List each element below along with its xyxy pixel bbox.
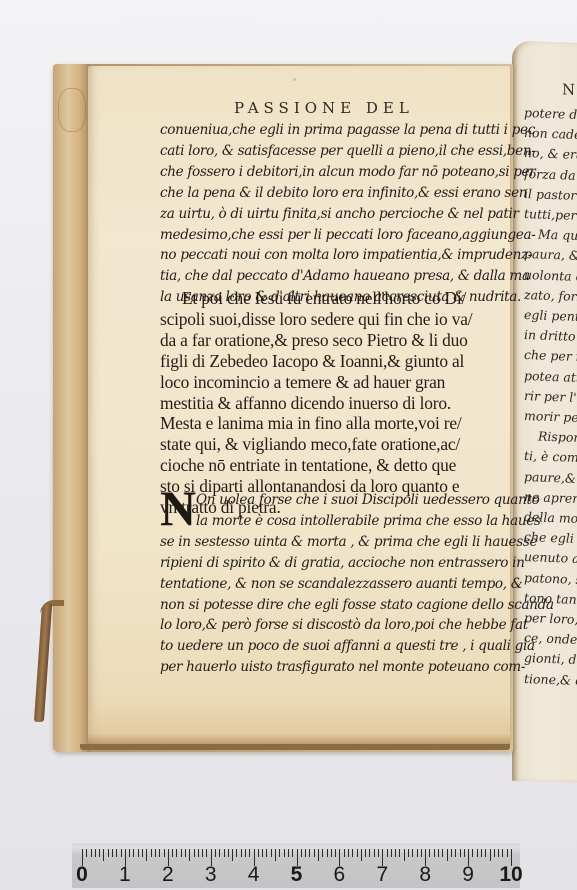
ruler-tick bbox=[133, 849, 134, 857]
ruler-label: 10 bbox=[499, 863, 522, 887]
ruler-tick bbox=[460, 849, 461, 857]
text-line: la morte è cosa intollerabile prima che … bbox=[160, 511, 480, 532]
ruler-tick bbox=[215, 849, 216, 857]
ruler-tick bbox=[258, 849, 259, 857]
ruler-tick bbox=[502, 849, 503, 857]
ruler-tick bbox=[279, 849, 280, 857]
ruler-tick bbox=[314, 849, 315, 857]
page-bottom-edge bbox=[80, 744, 510, 750]
ruler-tick bbox=[236, 849, 237, 857]
ruler-tick bbox=[395, 849, 396, 857]
recto-text-line: tione,& ogni ben bbox=[524, 669, 577, 692]
ruler-tick bbox=[245, 849, 246, 857]
ruler-label: 2 bbox=[162, 863, 174, 887]
ruler-tick bbox=[301, 849, 302, 857]
ruler-tick bbox=[387, 849, 388, 857]
ruler-tick bbox=[327, 849, 328, 857]
ruler-tick bbox=[91, 849, 92, 857]
text-line: Et poi che Iesu fu entrato nell'horto co… bbox=[160, 288, 480, 309]
ruler-tick bbox=[374, 849, 375, 857]
ruler-tick bbox=[108, 849, 109, 857]
ruler-tick bbox=[181, 849, 182, 857]
text-line: cati loro, & satisfacesse per quelli a p… bbox=[160, 141, 480, 162]
ruler-label: 4 bbox=[248, 863, 260, 887]
ruler-tick bbox=[275, 849, 276, 861]
ruler-tick bbox=[421, 849, 422, 857]
ruler-tick bbox=[116, 849, 117, 857]
ruler-tick bbox=[151, 849, 152, 857]
text-line: tia, che dal peccato d'Adamo haueano pre… bbox=[160, 266, 480, 287]
ruler-tick bbox=[442, 849, 443, 857]
paragraph-1: conueniua,che egli in prima pagasse la p… bbox=[160, 120, 480, 308]
recto-text-line: che per imitar bbox=[524, 345, 577, 368]
ruler-tick bbox=[481, 849, 482, 857]
ruler-tick bbox=[159, 849, 160, 857]
text-line: che fossero i debitori,in alcun modo far… bbox=[160, 162, 480, 183]
ruler-tick bbox=[352, 849, 353, 857]
ruler-tick bbox=[464, 849, 465, 857]
ruler-tick bbox=[172, 849, 173, 857]
ruler-tick bbox=[176, 849, 177, 857]
ruler-label: 0 bbox=[76, 863, 88, 887]
ruler-tick bbox=[391, 849, 392, 857]
recto-text-line: morir per lui s bbox=[524, 406, 577, 429]
recto-text-line: patono, sono piu bbox=[524, 568, 577, 591]
ruler-tick bbox=[292, 849, 293, 857]
ruler-tick bbox=[429, 849, 430, 857]
ruler-tick bbox=[357, 849, 358, 857]
ruler-tick bbox=[485, 849, 486, 857]
recto-text-line: uenuto a patire: bbox=[524, 547, 577, 570]
ruler-tick bbox=[232, 849, 233, 861]
ruler-tick bbox=[348, 849, 349, 857]
ruler-label: 6 bbox=[334, 863, 346, 887]
text-line: mestitia & affanno dicendo inuerso di lo… bbox=[160, 393, 480, 414]
ruler-tick bbox=[129, 849, 130, 857]
ruler-tick bbox=[335, 849, 336, 857]
text-line: Mesta e lanima mia in fino alla morte,vo… bbox=[160, 413, 480, 434]
ruler-tick bbox=[438, 849, 439, 857]
ruler-tick bbox=[288, 849, 289, 857]
ruler-tick bbox=[399, 849, 400, 857]
ruler-tick bbox=[95, 849, 96, 857]
ruler-tick bbox=[224, 849, 225, 857]
text-line: za uirtu, ò di uirtu finita,si ancho per… bbox=[160, 204, 480, 225]
ruler-tick bbox=[164, 849, 165, 857]
ruler-tick bbox=[369, 849, 370, 857]
text-line: lo loro,& però forse si discostò da loro… bbox=[160, 615, 480, 636]
ruler-tick bbox=[262, 849, 263, 857]
recto-text-line: ti, è composta d bbox=[524, 446, 577, 469]
ruler-tick bbox=[322, 849, 323, 857]
ruler-tick bbox=[365, 849, 366, 857]
ruler-tick bbox=[206, 849, 207, 857]
paragraph-3-text: On uolea forse che i suoi Discipoli uede… bbox=[160, 490, 480, 678]
ruler-tick bbox=[138, 849, 139, 857]
ruler-tick bbox=[219, 849, 220, 857]
ruler-tick bbox=[498, 849, 499, 857]
ruler-tick bbox=[447, 849, 448, 861]
ruler-tick bbox=[271, 849, 272, 857]
recto-text-line: potea attristar bbox=[524, 366, 577, 389]
text-line: tentatione, & non se scandalezzassero au… bbox=[160, 574, 480, 595]
cover-stain bbox=[58, 88, 86, 132]
ruler-tick bbox=[455, 849, 456, 857]
ruler-tick bbox=[146, 849, 147, 861]
ruler-label: 8 bbox=[419, 863, 431, 887]
text-line: da a far oratione,& preso seco Pietro & … bbox=[160, 330, 480, 351]
text-line: cioche nō entriate in tentatione, & dett… bbox=[160, 455, 480, 476]
ruler-tick bbox=[477, 849, 478, 857]
ruler-tick bbox=[344, 849, 345, 857]
ruler-tick bbox=[434, 849, 435, 857]
ruler-tick bbox=[507, 849, 508, 857]
ruler-tick bbox=[249, 849, 250, 857]
ruler-tick bbox=[228, 849, 229, 857]
ruler-tick bbox=[318, 849, 319, 861]
text-line: medesimo,che essi per li peccati loro fa… bbox=[160, 225, 480, 246]
ruler-tick bbox=[417, 849, 418, 857]
ruler-tick bbox=[284, 849, 285, 857]
ruler-labels: 012345678910 bbox=[72, 863, 520, 887]
water-stain bbox=[88, 700, 510, 748]
paragraph-2: Et poi che Iesu fu entrato nell'horto co… bbox=[160, 288, 480, 518]
text-line: per hauerlo uisto trasfigurato nel monte… bbox=[160, 657, 480, 678]
text-line: non si potesse dire che egli fosse stato… bbox=[160, 595, 480, 616]
text-line: to uedere un poco de suoi affanni a ques… bbox=[160, 636, 480, 657]
text-line: On uolea forse che i suoi Discipoli uede… bbox=[160, 490, 480, 511]
ruler-tick bbox=[412, 849, 413, 857]
recto-text-line: uolonta era uena bbox=[524, 265, 577, 288]
ruler-tick bbox=[305, 849, 306, 857]
cover-spine-edge bbox=[53, 64, 91, 752]
running-head: PASSIONE DEL bbox=[234, 99, 414, 117]
ruler-tick bbox=[241, 849, 242, 857]
recto-running-head: NO bbox=[562, 80, 577, 99]
text-line: no peccati noui con molta loro impatient… bbox=[160, 245, 480, 266]
text-line: state qui, & vigliando meco,fate oration… bbox=[160, 434, 480, 455]
scale-ruler: 012345678910 bbox=[72, 843, 520, 888]
ruler-tick bbox=[361, 849, 362, 861]
ruler-tick bbox=[198, 849, 199, 857]
ruler-tick bbox=[142, 849, 143, 857]
ruler-tick bbox=[404, 849, 405, 861]
ruler-tick bbox=[408, 849, 409, 857]
ruler-label: 3 bbox=[205, 863, 217, 887]
text-line: loco incomincio a temere & ad hauer gran bbox=[160, 372, 480, 393]
recto-text-line: paure,& però d bbox=[524, 467, 577, 490]
ruler-tick bbox=[202, 849, 203, 857]
ruler-tick bbox=[185, 849, 186, 857]
text-line: scipoli suoi,disse loro sedere qui fin c… bbox=[160, 309, 480, 330]
ruler-tick bbox=[194, 849, 195, 857]
ruler-tick bbox=[331, 849, 332, 857]
recto-text-line: tutti,però fate or bbox=[524, 204, 577, 227]
ruler-tick bbox=[451, 849, 452, 857]
text-line: se in sestesso uinta & morta , & prima c… bbox=[160, 532, 480, 553]
ruler-tick bbox=[378, 849, 379, 857]
ruler-tick bbox=[99, 849, 100, 857]
ruler-tick bbox=[112, 849, 113, 857]
ruler-label: 5 bbox=[291, 863, 303, 887]
ruler-tick bbox=[490, 849, 491, 861]
text-line: conueniua,che egli in prima pagasse la p… bbox=[160, 120, 480, 141]
ruler-tick bbox=[121, 849, 122, 857]
ruler-tick bbox=[309, 849, 310, 857]
ruler-label: 1 bbox=[119, 863, 131, 887]
ruler-tick bbox=[266, 849, 267, 857]
ruler-label: 7 bbox=[376, 863, 388, 887]
ink-speck bbox=[293, 78, 296, 81]
text-line: che la pena & il debito loro era infinit… bbox=[160, 183, 480, 204]
ruler-tick bbox=[472, 849, 473, 857]
ruler-tick bbox=[103, 849, 104, 861]
text-line: ripieni di spirito & di gratia, accioche… bbox=[160, 553, 480, 574]
ruler-tick bbox=[494, 849, 495, 857]
ruler-tick bbox=[189, 849, 190, 861]
ruler-tick bbox=[155, 849, 156, 857]
text-line: figli di Zebedeo Iacopo & Ioanni,& giunt… bbox=[160, 351, 480, 372]
ruler-label: 9 bbox=[462, 863, 474, 887]
ruler-tick bbox=[86, 849, 87, 857]
